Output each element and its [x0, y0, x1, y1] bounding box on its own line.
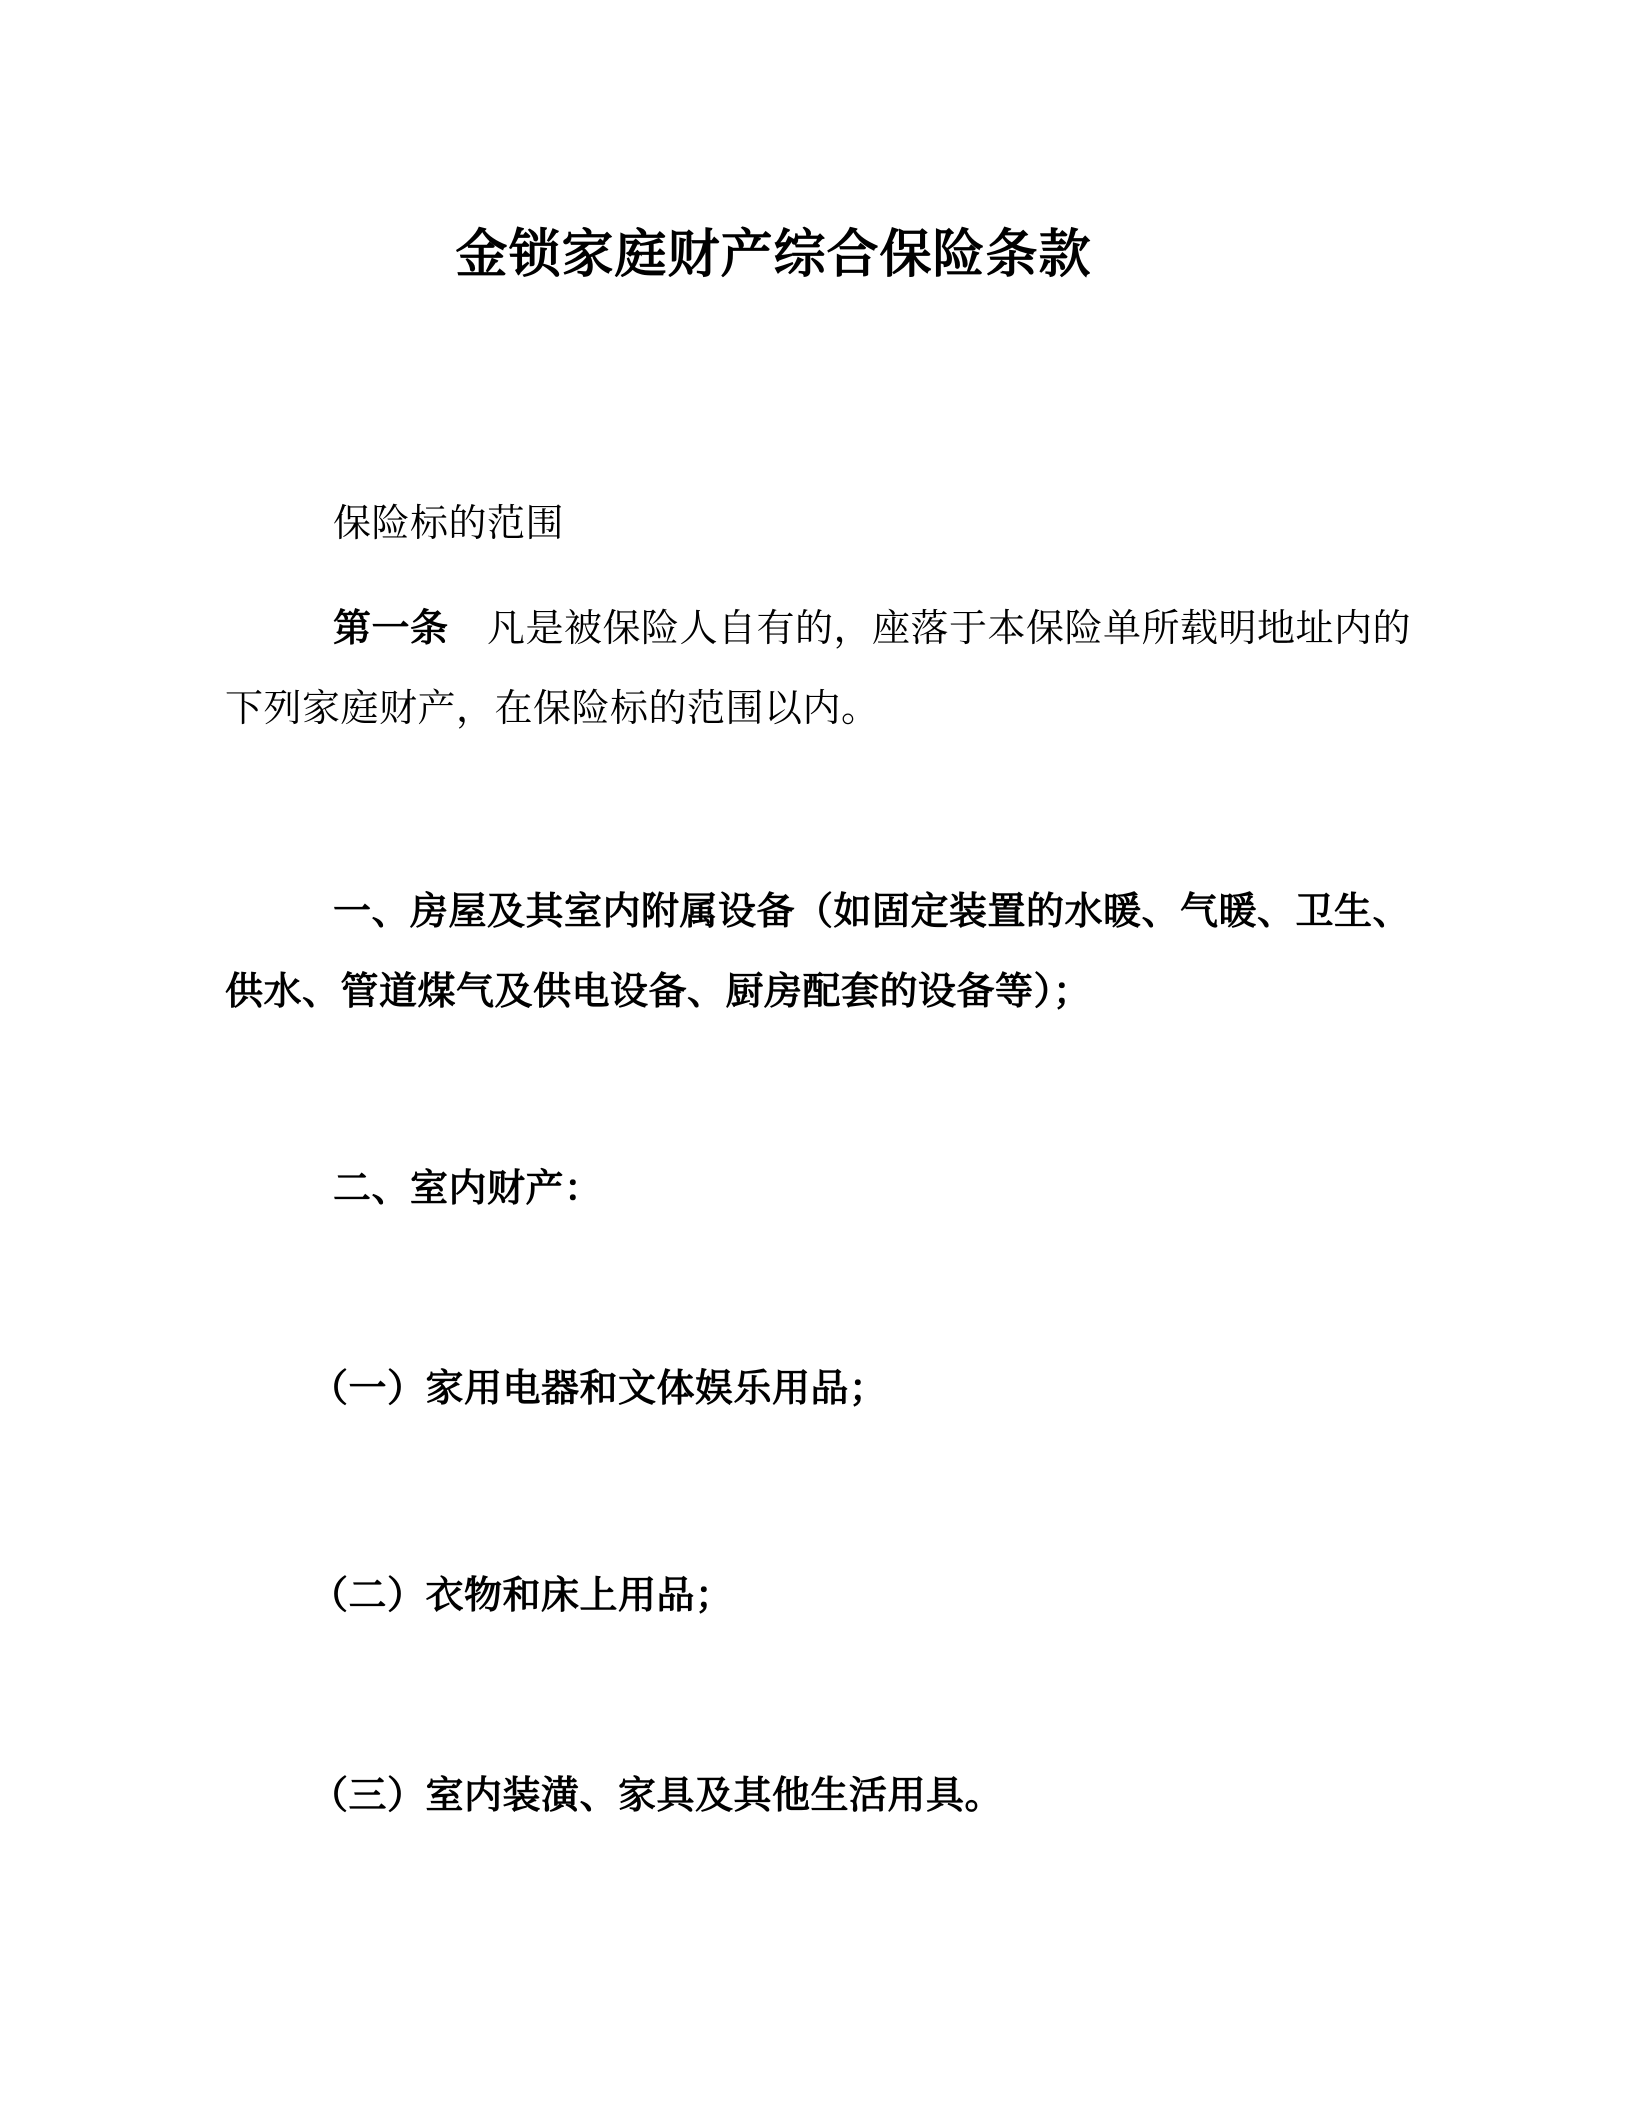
section-heading: 保险标的范围: [225, 484, 1442, 564]
article-paragraph: 第一条 凡是被保险人自有的，座落于本保险单所载明地址内的 下列家庭财产，在保险标…: [225, 589, 1442, 749]
list-item-4-line-1: （二）衣物和床上用品；: [225, 1556, 1442, 1636]
list-item-3-line-1: （一）家用电器和文体娱乐用品；: [225, 1349, 1442, 1429]
article-number-label: 第一条: [333, 608, 449, 650]
article-text: 凡是被保险人自有的，座落于本保险单所载明地址内的: [449, 608, 1412, 650]
list-item-4: （二）衣物和床上用品；: [225, 1556, 1442, 1636]
list-item-1: 一、房屋及其室内附属设备（如固定装置的水暖、气暖、卫生、 供水、管道煤气及供电设…: [225, 872, 1442, 1032]
list-item-2-line-1: 二、室内财产：: [225, 1149, 1442, 1229]
list-item-5: （三）室内装潢、家具及其他生活用具。: [225, 1756, 1442, 1836]
document-page: 金锁家庭财产综合保险条款 保险标的范围 第一条 凡是被保险人自有的，座落于本保险…: [0, 0, 1632, 2112]
list-item-1-line-1: 一、房屋及其室内附属设备（如固定装置的水暖、气暖、卫生、: [225, 872, 1442, 952]
list-item-1-line-2: 供水、管道煤气及供电设备、厨房配套的设备等）；: [225, 952, 1442, 1032]
document-title: 金锁家庭财产综合保险条款: [225, 220, 1322, 290]
list-item-5-line-1: （三）室内装潢、家具及其他生活用具。: [225, 1756, 1442, 1836]
list-item-2: 二、室内财产：: [225, 1149, 1442, 1229]
article-line-1: 第一条 凡是被保险人自有的，座落于本保险单所载明地址内的: [225, 589, 1442, 669]
list-item-3: （一）家用电器和文体娱乐用品；: [225, 1349, 1442, 1429]
article-line-2: 下列家庭财产，在保险标的范围以内。: [225, 669, 1442, 749]
